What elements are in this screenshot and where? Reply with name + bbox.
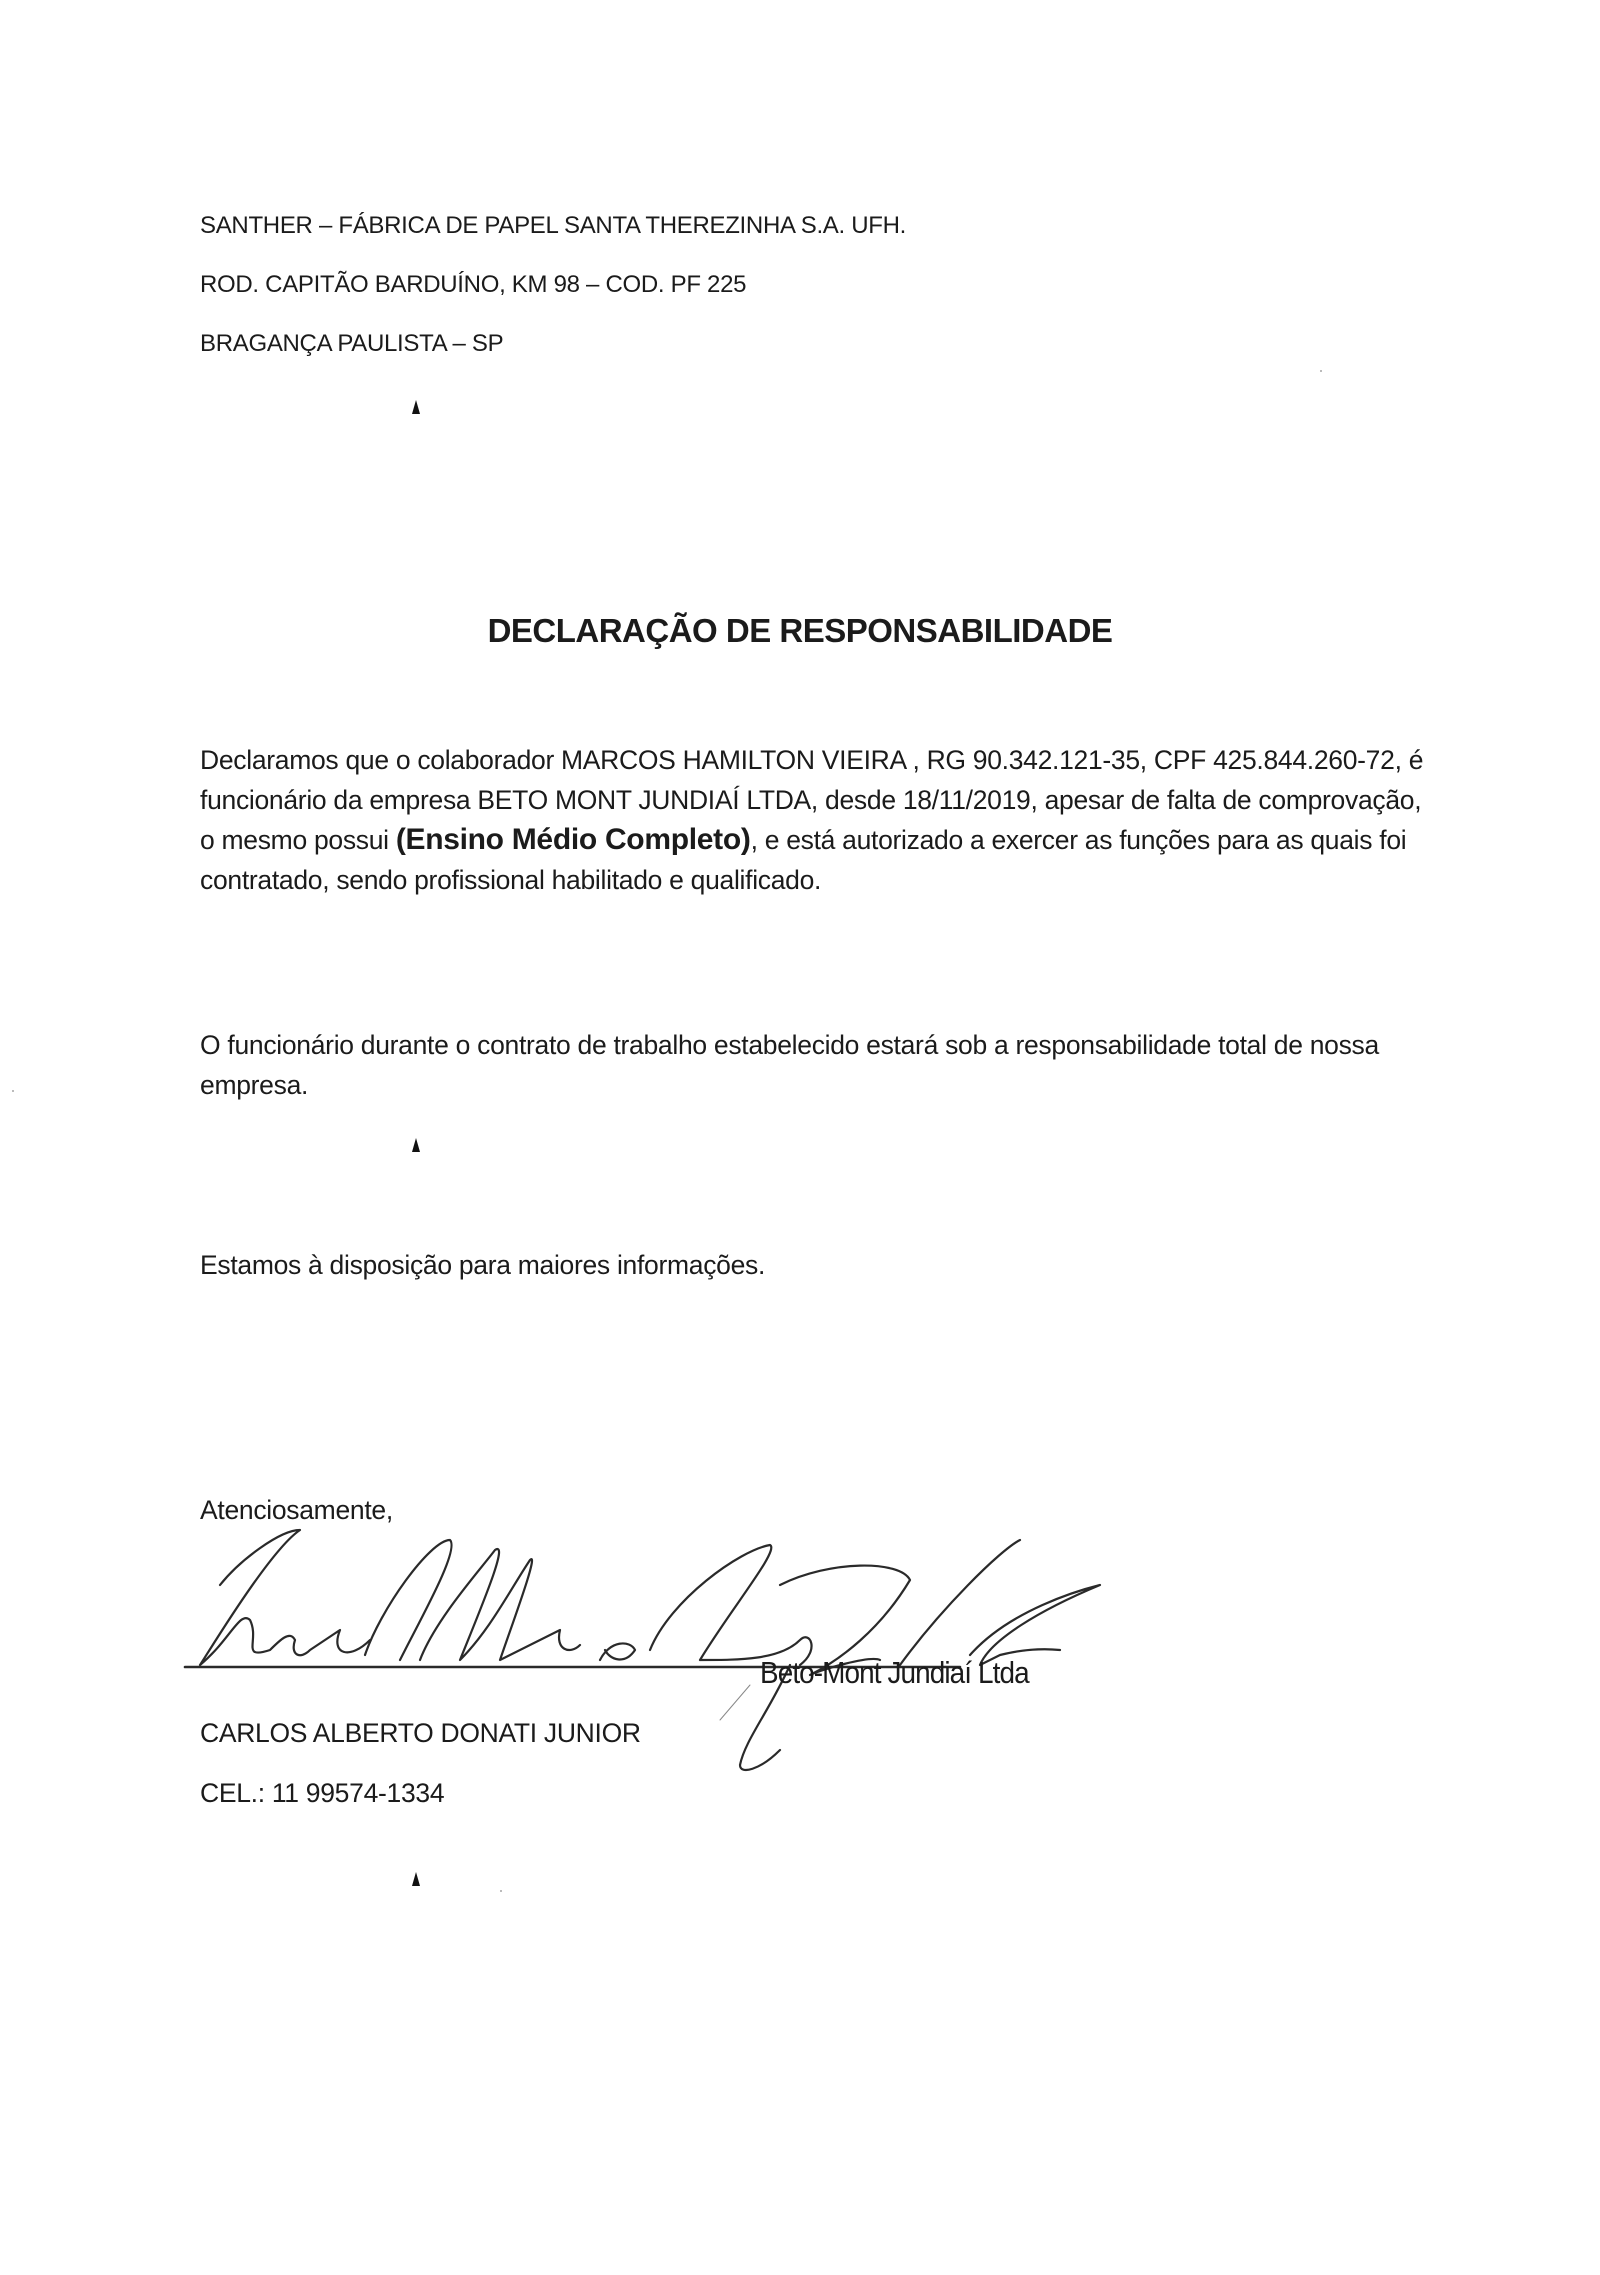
company-name: SANTHER – FÁBRICA DE PAPEL SANTA THEREZI… bbox=[200, 212, 906, 240]
signer-phone: CEL.: 11 99574-1334 bbox=[200, 1773, 1430, 1813]
document-title: DECLARAÇÃO DE RESPONSABILIDADE bbox=[0, 612, 1600, 650]
scan-mark-icon bbox=[412, 400, 420, 414]
scan-mark-icon bbox=[412, 1872, 420, 1886]
responsibility-paragraph: O funcionário durante o contrato de trab… bbox=[200, 1025, 1430, 1105]
declaration-paragraph: Declaramos que o colaborador MARCOS HAMI… bbox=[200, 740, 1430, 900]
company-city: BRAGANÇA PAULISTA – SP bbox=[200, 330, 503, 358]
company-stamp: Beto-Mont Jundiaí Ltda bbox=[760, 1655, 1029, 1691]
education-level: (Ensino Médio Completo) bbox=[396, 823, 751, 856]
company-address: ROD. CAPITÃO BARDUÍNO, KM 98 – COD. PF 2… bbox=[200, 271, 746, 299]
signer-name: CARLOS ALBERTO DONATI JUNIOR bbox=[200, 1713, 1430, 1753]
scan-speck bbox=[12, 1090, 14, 1092]
scan-mark-icon bbox=[412, 1138, 420, 1152]
handwritten-signature bbox=[180, 1490, 1260, 1820]
availability-paragraph: Estamos à disposição para maiores inform… bbox=[200, 1245, 1430, 1285]
scan-speck bbox=[500, 1890, 502, 1892]
scan-speck bbox=[1320, 370, 1322, 372]
